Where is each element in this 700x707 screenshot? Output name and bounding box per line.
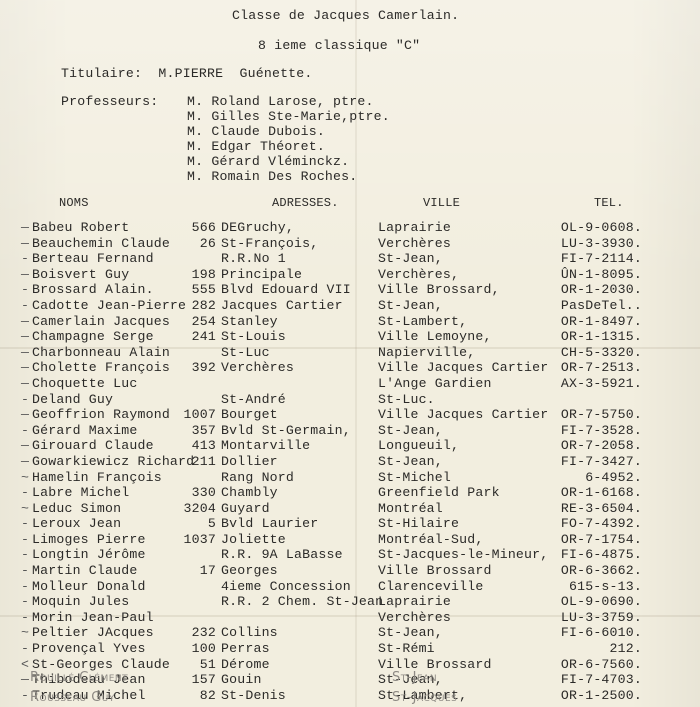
table-row: —Gowarkiewicz Richard211DollierSt-Jean,F…: [0, 454, 700, 470]
row-mark: —: [21, 438, 31, 453]
telephone: 212.: [510, 641, 642, 656]
column-header-ville: VILLE: [423, 196, 460, 211]
street-name: Bvld Laurier: [221, 516, 318, 531]
row-mark: -: [21, 251, 31, 266]
street-name: R.R. 2 Chem. St-Jean: [221, 594, 383, 609]
ville: St-Jean,: [378, 423, 443, 438]
student-name: Martin Claude: [32, 563, 137, 578]
ville: St-Jean,: [378, 454, 443, 469]
ville: Montréal: [378, 501, 443, 516]
street-name: Jacques Cartier: [221, 298, 343, 313]
row-mark: —: [21, 236, 31, 251]
street-number: 241: [180, 329, 216, 344]
row-mark: ~: [21, 470, 31, 485]
professeurs-list: M. Roland Larose, ptre. M. Gilles Ste-Ma…: [187, 94, 390, 184]
row-mark: -: [21, 532, 31, 547]
ville: Ville Brossard,: [378, 282, 500, 297]
row-mark: -: [21, 594, 31, 609]
column-header-adresses: ADRESSES.: [272, 196, 339, 211]
table-row: -Labre Michel330ChamblyGreenfield ParkOR…: [0, 485, 700, 501]
street-number: 157: [180, 672, 216, 687]
table-row: -Cadotte Jean-Pierre282Jacques CartierSt…: [0, 298, 700, 314]
telephone: FI-6-4875.: [510, 547, 642, 562]
table-row: ~Leduc Simon3204GuyardMontréalRE-3-6504.: [0, 501, 700, 517]
table-row: —Beauchemin Claude26St-François,Verchère…: [0, 236, 700, 252]
ville: St-Jean,: [378, 298, 443, 313]
street-name: Chambly: [221, 485, 278, 500]
street-name: St-François,: [221, 236, 318, 251]
street-name: Principale: [221, 267, 302, 282]
table-row: -Molleur Donald4ieme ConcessionClarencev…: [0, 579, 700, 595]
student-name: Gowarkiewicz Richard: [32, 454, 194, 469]
student-name: Peltier JAcques: [32, 625, 154, 640]
professeur: M. Edgar Théoret.: [187, 139, 390, 154]
ville: Greenfield Park: [378, 485, 500, 500]
ville: St-Hilaire: [378, 516, 459, 531]
row-mark: —: [21, 454, 31, 469]
row-mark: —: [21, 267, 31, 282]
row-mark: -: [21, 485, 31, 500]
street-name: St-Denis: [221, 688, 286, 703]
telephone: LU-3-3930.: [510, 236, 642, 251]
student-name: Cholette François: [32, 360, 170, 375]
table-row: -Leroux Jean5Bvld LaurierSt-HilaireFO-7-…: [0, 516, 700, 532]
row-mark: -: [21, 641, 31, 656]
table-row: —Choquette LucL'Ange GardienAX-3-5921.: [0, 376, 700, 392]
student-name: Labre Michel: [32, 485, 129, 500]
street-name: Collins: [221, 625, 278, 640]
street-name: Dollier: [221, 454, 278, 469]
ville: L'Ange Gardien: [378, 376, 492, 391]
student-name: Deland Guy: [32, 392, 113, 407]
telephone: CH-5-3320.: [510, 345, 642, 360]
ville: Ville Brossard: [378, 563, 492, 578]
telephone: PasDeTel..: [510, 298, 642, 313]
student-name: Boisvert Guy: [32, 267, 129, 282]
street-name: Blvd Edouard VII: [221, 282, 351, 297]
column-header-noms: NOMS: [59, 196, 89, 211]
street-number: 555: [180, 282, 216, 297]
ville: Montréal-Sud,: [378, 532, 483, 547]
handwritten-ville: St-Jacques: [392, 690, 457, 705]
class-subtitle: 8 ieme classique "C": [258, 38, 420, 53]
street-number: 51: [180, 657, 216, 672]
street-name: Rang Nord: [221, 470, 294, 485]
row-mark: -: [21, 423, 31, 438]
street-name: R.R.No 1: [221, 251, 286, 266]
street-number: 392: [180, 360, 216, 375]
row-mark: -: [21, 579, 31, 594]
telephone: ÛN-1-8095.: [510, 267, 642, 282]
street-name: Verchères: [221, 360, 294, 375]
telephone: 6-4952.: [510, 470, 642, 485]
row-mark: —: [21, 329, 31, 344]
telephone: OR-7-5750.: [510, 407, 642, 422]
row-mark: -: [21, 547, 31, 562]
ville: Laprairie: [378, 220, 451, 235]
street-number: 5: [180, 516, 216, 531]
street-number: 82: [180, 688, 216, 703]
student-name: Provençal Yves: [32, 641, 146, 656]
professeur: M. Gilles Ste-Marie,ptre.: [187, 109, 390, 124]
table-row: -Deland GuySt-AndréSt-Luc.: [0, 392, 700, 408]
telephone: OL-9-0690.: [510, 594, 642, 609]
table-row: —Cholette François392VerchèresVille Jacq…: [0, 360, 700, 376]
street-number: 330: [180, 485, 216, 500]
row-mark: —: [21, 220, 31, 235]
titulaire-line: Titulaire: M.PIERRE Guénette.: [61, 66, 313, 81]
table-row: —Babeu Robert566DEGruchy,LaprairieOL-9-0…: [0, 220, 700, 236]
ville: Laprairie: [378, 594, 451, 609]
professeurs-label: Professeurs:: [61, 94, 158, 109]
document-title: Classe de Jacques Camerlain.: [232, 8, 459, 23]
table-row: —Girouard Claude413MontarvilleLongueuil,…: [0, 438, 700, 454]
ville: Verchères: [378, 610, 451, 625]
student-name: Moquin Jules: [32, 594, 129, 609]
table-row: ~Hamelin FrançoisRang NordSt-Michel6-495…: [0, 470, 700, 486]
table-row: -Berteau FernandR.R.No 1St-Jean,FI-7-211…: [0, 251, 700, 267]
ville: Verchères,: [378, 267, 459, 282]
student-name: Leduc Simon: [32, 501, 121, 516]
student-name: Brossard Alain.: [32, 282, 154, 297]
table-row: -Longtin JérômeR.R. 9A LaBasseSt-Jacques…: [0, 547, 700, 563]
table-row: —Boisvert Guy198PrincipaleVerchères,ÛN-1…: [0, 267, 700, 283]
student-name: Geoffrion Raymond: [32, 407, 170, 422]
table-row: —Charbonneau AlainSt-LucNapierville,CH-5…: [0, 345, 700, 361]
telephone: OR-1-6168.: [510, 485, 642, 500]
ville: Napierville,: [378, 345, 475, 360]
street-number: 3204: [180, 501, 216, 516]
street-name: St-Luc: [221, 345, 270, 360]
professeur: M. Romain Des Roches.: [187, 169, 390, 184]
telephone: OL-9-0608.: [510, 220, 642, 235]
student-name: Champagne Serge: [32, 329, 154, 344]
street-name: Bvld St-Germain,: [221, 423, 351, 438]
street-name: Bourget: [221, 407, 278, 422]
telephone: OR-7-1754.: [510, 532, 642, 547]
student-name: Choquette Luc: [32, 376, 137, 391]
telephone: FO-7-4392.: [510, 516, 642, 531]
telephone: OR-7-2513.: [510, 360, 642, 375]
ville: St-Rémi: [378, 641, 435, 656]
street-number: 357: [180, 423, 216, 438]
student-name: Beauchemin Claude: [32, 236, 170, 251]
ville: St-Jean,: [378, 625, 443, 640]
ville: St-Michel: [378, 470, 451, 485]
student-name: Camerlain Jacques: [32, 314, 170, 329]
table-row: -Provençal Yves100PerrasSt-Rémi212.: [0, 641, 700, 657]
row-mark: -: [21, 563, 31, 578]
street-name: Guyard: [221, 501, 270, 516]
row-mark: -: [21, 298, 31, 313]
street-name: St-Louis: [221, 329, 286, 344]
professeur: M. Roland Larose, ptre.: [187, 94, 390, 109]
row-mark: ~: [21, 625, 31, 640]
street-name: St-André: [221, 392, 286, 407]
column-header-tel: TEL.: [594, 196, 624, 211]
ville: Ville Lemoyne,: [378, 329, 492, 344]
student-name: Leroux Jean: [32, 516, 121, 531]
telephone: OR-1-8497.: [510, 314, 642, 329]
handwritten-ville: St-Jean: [392, 670, 437, 685]
street-number: 232: [180, 625, 216, 640]
telephone: FI-7-3427.: [510, 454, 642, 469]
telephone: OR-1-1315.: [510, 329, 642, 344]
student-name: Morin Jean-Paul: [32, 610, 154, 625]
table-row: -Limoges Pierre1037JolietteMontréal-Sud,…: [0, 532, 700, 548]
ville: St-Luc.: [378, 392, 435, 407]
student-name: Longtin Jérôme: [32, 547, 146, 562]
street-number: 566: [180, 220, 216, 235]
row-mark: —: [21, 407, 31, 422]
student-name: Babeu Robert: [32, 220, 129, 235]
table-row: -Gérard Maxime357Bvld St-Germain,St-Jean…: [0, 423, 700, 439]
row-mark: —: [21, 314, 31, 329]
student-name: Berteau Fernand: [32, 251, 154, 266]
student-table: —Babeu Robert566DEGruchy,LaprairieOL-9-0…: [0, 220, 700, 703]
street-number: 1007: [180, 407, 216, 422]
telephone: FI-7-4703.: [510, 672, 642, 687]
ville: St-Jean,: [378, 251, 443, 266]
professeur: M. Claude Dubois.: [187, 124, 390, 139]
table-row: -Moquin JulesR.R. 2 Chem. St-JeanLaprair…: [0, 594, 700, 610]
row-mark: —: [21, 345, 31, 360]
student-name: Cadotte Jean-Pierre: [32, 298, 186, 313]
table-row: —Geoffrion Raymond1007BourgetVille Jacqu…: [0, 407, 700, 423]
table-row: —Camerlain Jacques254StanleySt-Lambert,O…: [0, 314, 700, 330]
student-name: Girouard Claude: [32, 438, 154, 453]
ville: Verchères: [378, 236, 451, 251]
street-name: Montarville: [221, 438, 310, 453]
street-number: 17: [180, 563, 216, 578]
street-name: R.R. 9A LaBasse: [221, 547, 343, 562]
handwritten-name: Rouillé Clément: [30, 670, 128, 685]
table-row: -Morin Jean-PaulVerchèresLU-3-3759.: [0, 610, 700, 626]
street-name: Joliette: [221, 532, 286, 547]
telephone: OR-6-7560.: [510, 657, 642, 672]
street-number: 282: [180, 298, 216, 313]
student-name: Gérard Maxime: [32, 423, 137, 438]
telephone: FI-7-2114.: [510, 251, 642, 266]
ville: Longueuil,: [378, 438, 459, 453]
street-name: 4ieme Concession: [221, 579, 351, 594]
street-name: Stanley: [221, 314, 278, 329]
student-name: Hamelin François: [32, 470, 162, 485]
table-row: ~Peltier JAcques232CollinsSt-Jean,FI-6-6…: [0, 625, 700, 641]
street-number: 413: [180, 438, 216, 453]
telephone: LU-3-3759.: [510, 610, 642, 625]
street-number: 211: [180, 454, 216, 469]
street-name: Georges: [221, 563, 278, 578]
telephone: 615-s-13.: [510, 579, 642, 594]
street-number: 26: [180, 236, 216, 251]
handwritten-name: Rousseau Guy: [30, 690, 115, 705]
telephone: FI-6-6010.: [510, 625, 642, 640]
street-number: 254: [180, 314, 216, 329]
student-name: Limoges Pierre: [32, 532, 146, 547]
street-name: Perras: [221, 641, 270, 656]
row-mark: —: [21, 376, 31, 391]
ville: Clarenceville: [378, 579, 483, 594]
street-name: Dérome: [221, 657, 270, 672]
telephone: OR-1-2500.: [510, 688, 642, 703]
student-name: Molleur Donald: [32, 579, 146, 594]
telephone: OR-6-3662.: [510, 563, 642, 578]
student-name: Charbonneau Alain: [32, 345, 170, 360]
street-number: 1037: [180, 532, 216, 547]
telephone: FI-7-3528.: [510, 423, 642, 438]
street-name: Gouin: [221, 672, 262, 687]
row-mark: -: [21, 610, 31, 625]
street-name: DEGruchy,: [221, 220, 294, 235]
row-mark: -: [21, 282, 31, 297]
telephone: OR-1-2030.: [510, 282, 642, 297]
ville: St-Lambert,: [378, 314, 467, 329]
row-mark: -: [21, 392, 31, 407]
telephone: RE-3-6504.: [510, 501, 642, 516]
row-mark: —: [21, 360, 31, 375]
table-row: —Champagne Serge241St-LouisVille Lemoyne…: [0, 329, 700, 345]
table-row: -Brossard Alain.555Blvd Edouard VIIVille…: [0, 282, 700, 298]
table-row: -Martin Claude17GeorgesVille BrossardOR-…: [0, 563, 700, 579]
telephone: AX-3-5921.: [510, 376, 642, 391]
telephone: OR-7-2058.: [510, 438, 642, 453]
street-number: 198: [180, 267, 216, 282]
row-mark: -: [21, 516, 31, 531]
street-number: 100: [180, 641, 216, 656]
row-mark: ~: [21, 501, 31, 516]
professeur: M. Gérard Vléminckz.: [187, 154, 390, 169]
